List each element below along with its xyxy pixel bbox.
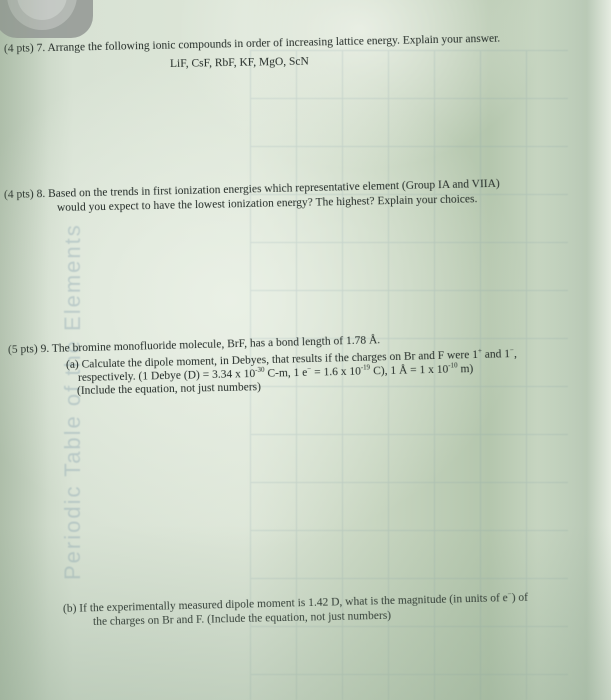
camera-overlay-icon: [0, 0, 93, 38]
exam-page: Periodic Table of the Elements (4 pts) 7…: [0, 0, 611, 700]
question-7-number: 7.: [36, 42, 45, 54]
question-7-points: (4 pts): [4, 42, 34, 55]
question-8-points: (4 pts): [4, 188, 34, 201]
question-7-compounds: LiF, CsF, RbF, KF, MgO, ScN: [170, 56, 309, 71]
question-8-number: 8.: [36, 188, 45, 200]
show-through-periodic-table-title: Periodic Table of the Elements: [60, 223, 86, 580]
question-9a-line3: (Include the equation, not just numbers): [77, 381, 261, 398]
question-9-number: 9.: [40, 343, 49, 355]
question-9-points: (5 pts): [8, 343, 38, 356]
